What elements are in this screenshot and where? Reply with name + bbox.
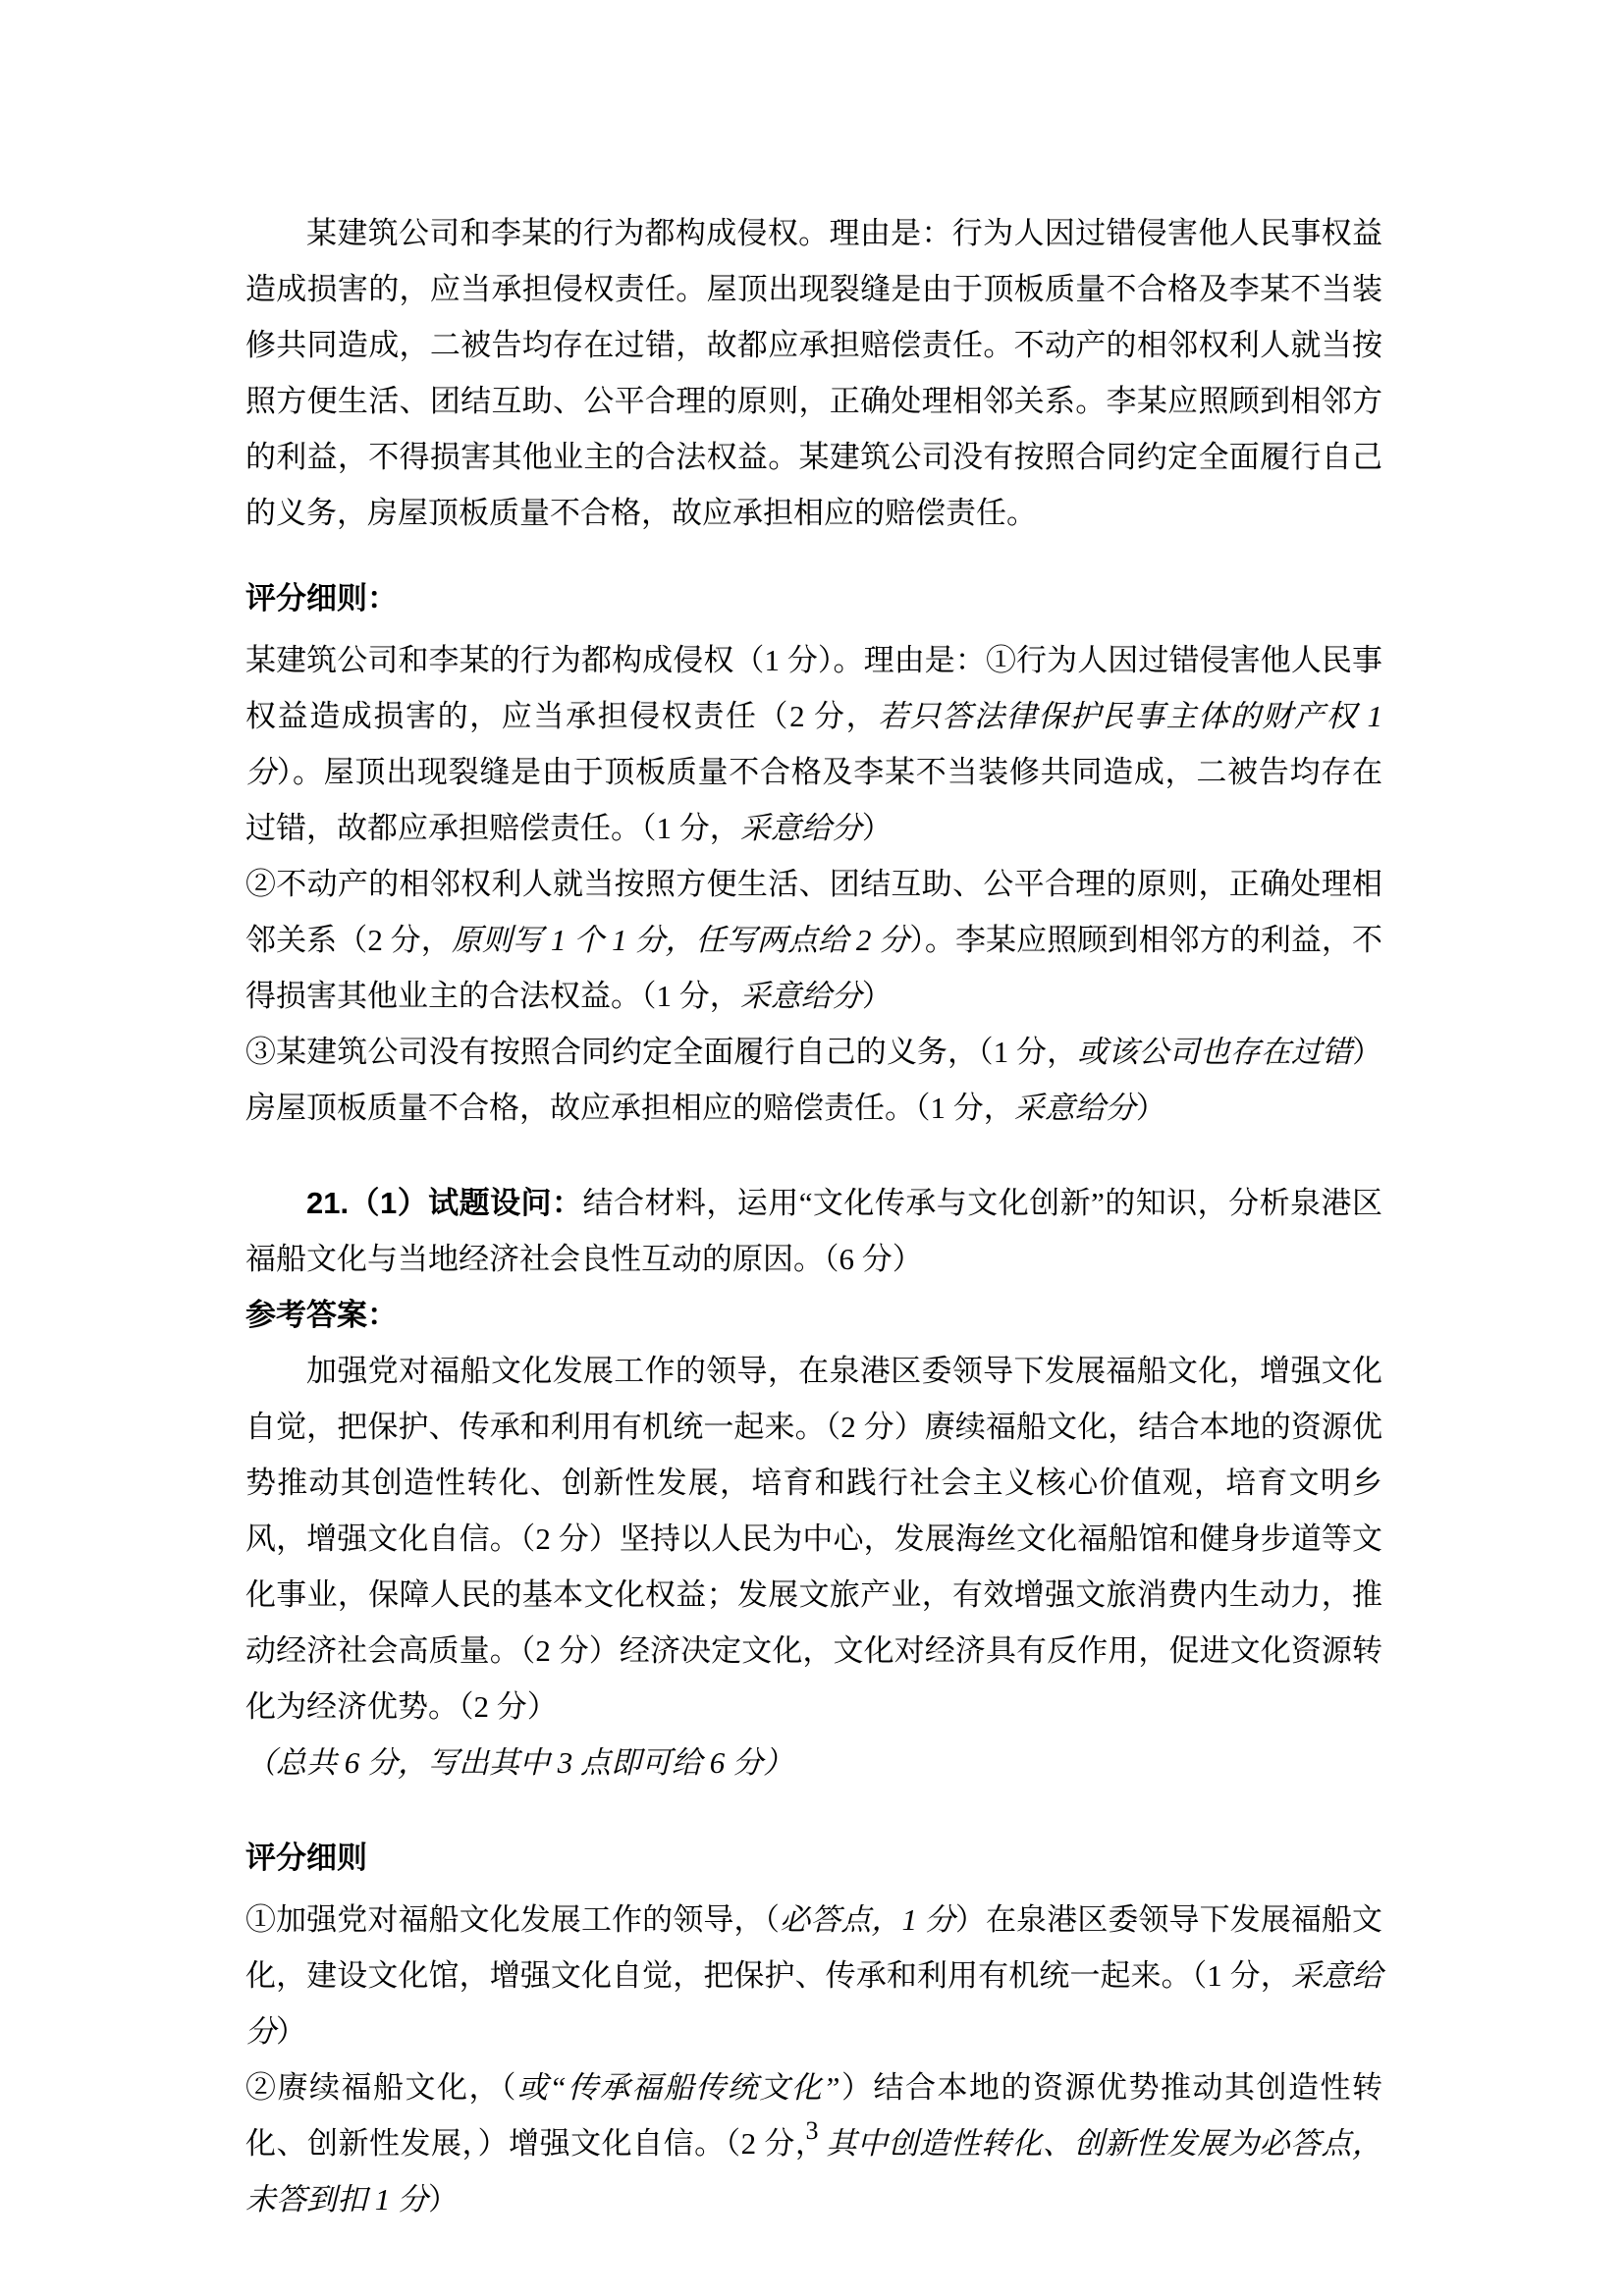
text-run: ） <box>276 2014 306 2049</box>
text-run-kaiti: 采意给分 <box>1014 1091 1136 1125</box>
text-run: ③某建筑公司没有按照合同约定全面履行自己的义务，（1 分， <box>245 1035 1077 1069</box>
text-run: ） <box>862 979 893 1013</box>
page-number: 3 <box>0 2116 1624 2146</box>
q20-answer-paragraph: 某建筑公司和李某的行为都构成侵权。理由是：行为人因过错侵害他人民事权益造成损害的… <box>245 205 1382 541</box>
text-run: ①加强党对福船文化发展工作的领导，（ <box>245 1902 780 1937</box>
text-run: ） <box>862 811 893 845</box>
text-run-kaiti: 或“传承福船传统文化” <box>517 2070 840 2105</box>
text-run: ②赓续福船文化，（ <box>245 2070 517 2105</box>
q20-rubric-item-1: 某建筑公司和李某的行为都构成侵权（1 分）。理由是：①行为人因过错侵害他人民事权… <box>245 632 1382 856</box>
q20-rubric-item-2: ②不动产的相邻权利人就当按照方便生活、团结互助、公平合理的原则，正确处理相邻关系… <box>245 856 1382 1024</box>
q21-answer-paragraph: 加强党对福船文化发展工作的领导，在泉港区委领导下发展福船文化，增强文化自觉，把保… <box>245 1343 1382 1735</box>
text-run-kaiti: 采意给分 <box>740 811 862 845</box>
text-run-kaiti: 原则写 1 个 1 分，任写两点给 2 分 <box>452 923 909 957</box>
q20-rubric-heading: 评分细则： <box>245 570 1382 626</box>
page-content: 某建筑公司和李某的行为都构成侵权。理由是：行为人因过错侵害他人民事权益造成损害的… <box>245 205 1382 2227</box>
q20-rubric-item-3: ③某建筑公司没有按照合同约定全面履行自己的义务，（1 分，或该公司也存在过错）房… <box>245 1024 1382 1136</box>
q21-score-note: （总共 6 分，写出其中 3 点即可给 6 分） <box>245 1735 1382 1790</box>
text-run-kaiti: 采意给分 <box>740 979 862 1013</box>
q21-answer-heading: 参考答案： <box>245 1287 1382 1343</box>
text-run: ） <box>428 2182 459 2216</box>
text-run-kaiti: 或该公司也存在过错 <box>1077 1035 1352 1069</box>
text-run-kaiti: 必答点，1 分 <box>780 1902 955 1937</box>
text-run: ） <box>1136 1091 1166 1125</box>
q21-rubric-item-1: ①加强党对福船文化发展工作的领导，（必答点，1 分）在泉港区委领导下发展福船文化… <box>245 1892 1382 2059</box>
q21-prompt-paragraph: 21.（1）试题设问：结合材料，运用“文化传承与文化创新”的知识，分析泉港区福船… <box>245 1175 1382 1287</box>
q21-rubric-heading: 评分细则 <box>245 1830 1382 1886</box>
q21-prompt-label: 21.（1）试题设问： <box>306 1186 582 1220</box>
document-page: 某建筑公司和李某的行为都构成侵权。理由是：行为人因过错侵害他人民事权益造成损害的… <box>0 0 1624 2296</box>
